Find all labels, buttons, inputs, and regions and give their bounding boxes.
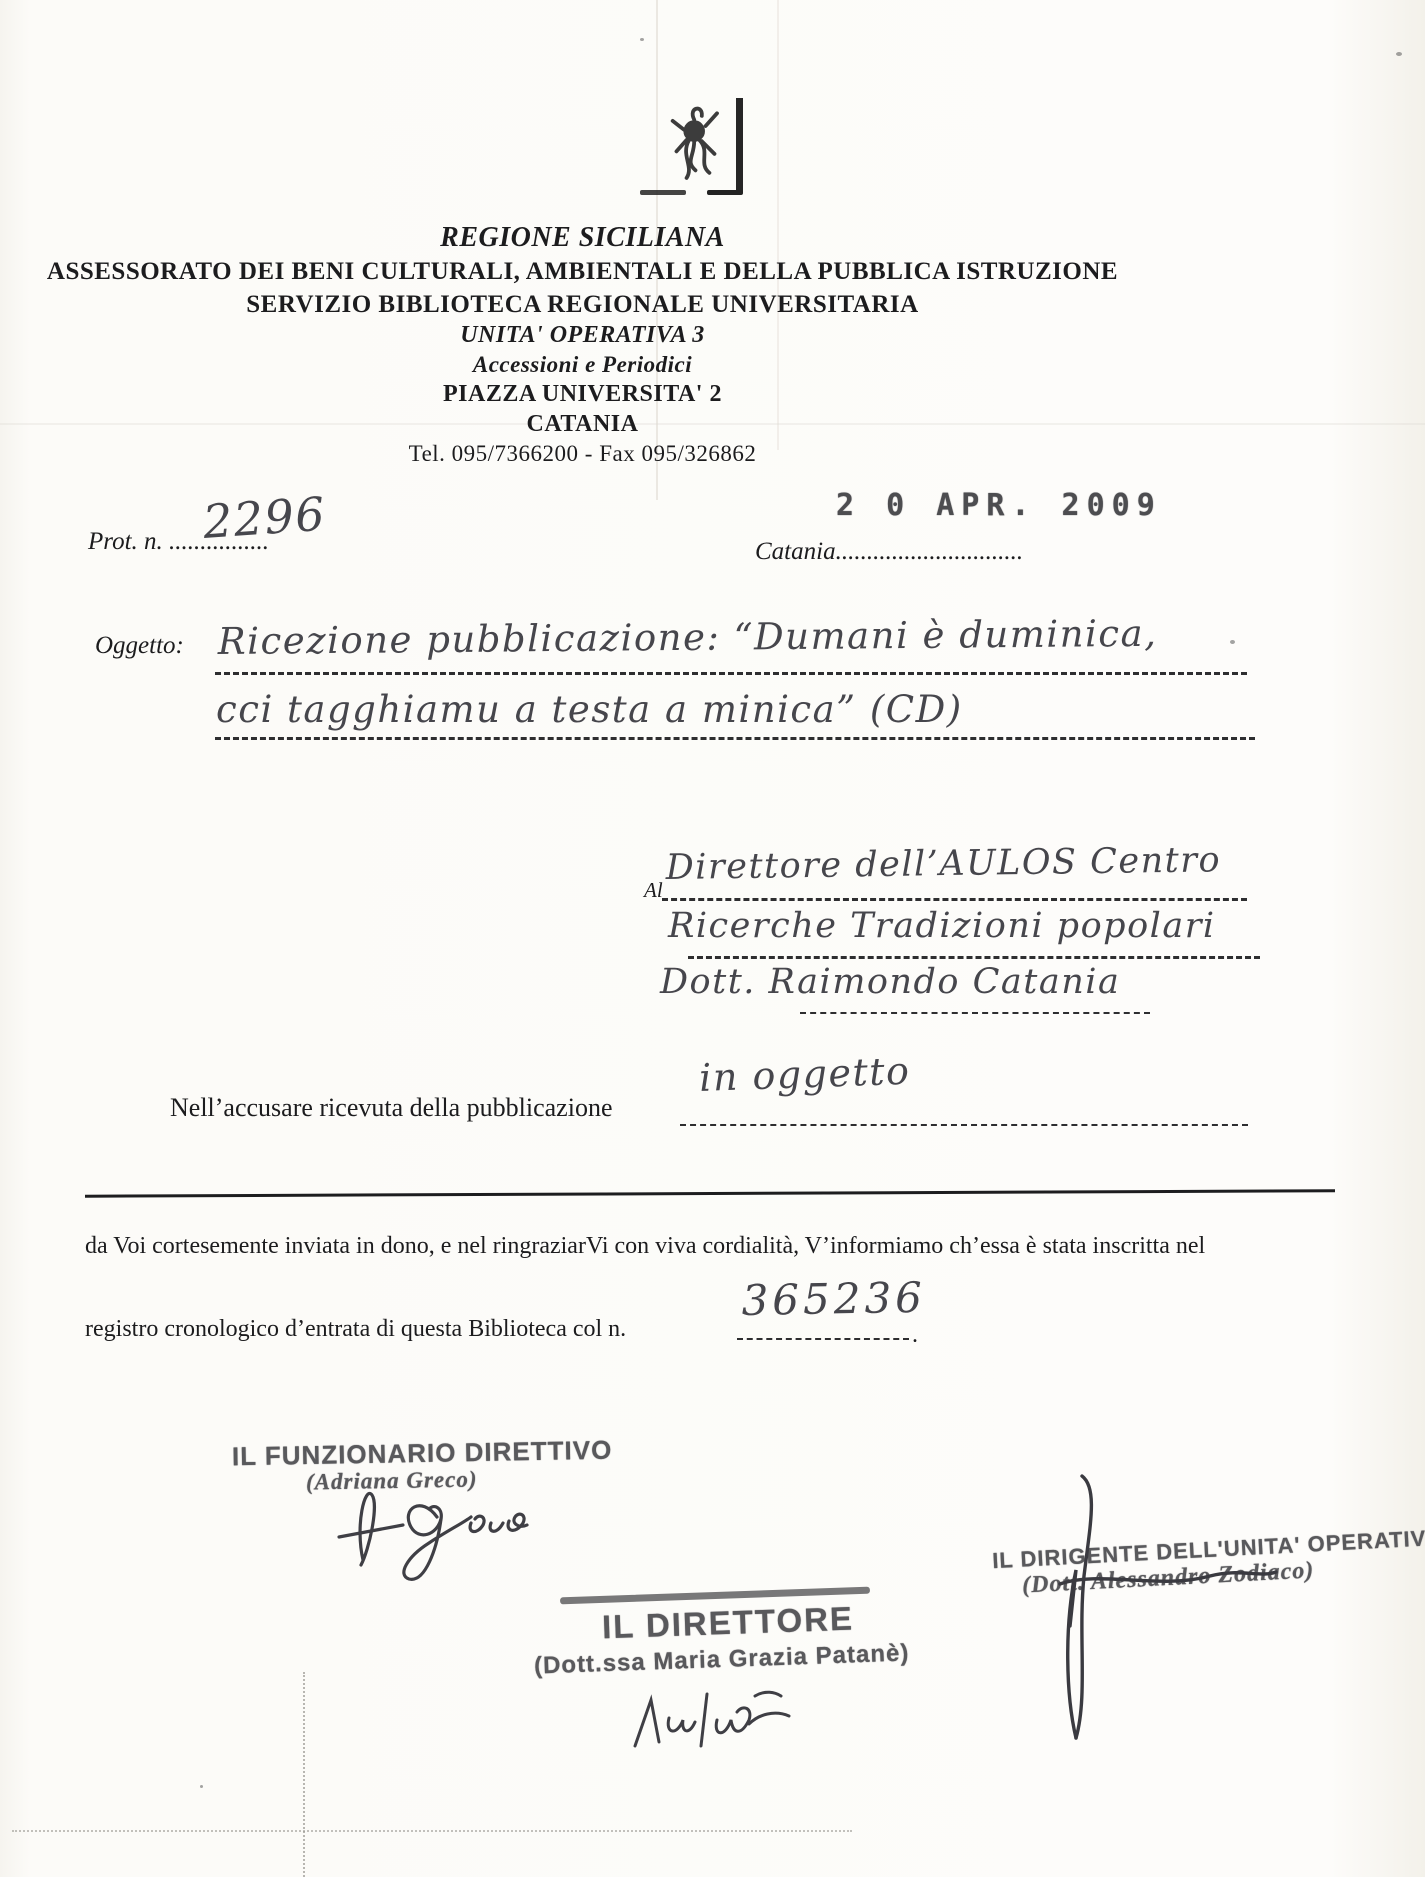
- direttore-stamp-name: (Dott.ssa Maria Grazia Patanè): [534, 1639, 910, 1680]
- separator-rule: [85, 1189, 1335, 1197]
- acknowledgement-handwritten: in oggetto: [698, 1049, 911, 1100]
- letterhead-sezione: Accessioni e Periodici: [0, 352, 1165, 378]
- trinacria-icon: [660, 98, 736, 192]
- letterhead-indirizzo: PIAZZA UNIVERSITA' 2: [0, 381, 1165, 408]
- scan-speck: [200, 1785, 203, 1788]
- protocol-number-handwritten: 2296: [201, 487, 328, 549]
- register-number-handwritten: 365236: [741, 1273, 926, 1325]
- letterhead-region: REGIONE SICILIANA: [0, 222, 1165, 254]
- protocol-label-text: Prot. n.: [88, 528, 163, 555]
- register-period: .: [912, 1322, 918, 1349]
- direttore-signature: [625, 1688, 805, 1758]
- body-line2: registro cronologico d’entrata di questa…: [85, 1316, 626, 1343]
- addressee-handwritten-line1: Direttore dell’AULOS Centro: [665, 840, 1221, 888]
- funzionario-signature: [325, 1465, 555, 1585]
- letterhead-citta: CATANIA: [0, 411, 1165, 438]
- subject-ruled-line-1: [215, 672, 1247, 675]
- addressee-ruled-line-3: [800, 1012, 1150, 1014]
- scanned-letter-page: REGIONE SICILIANA ASSESSORATO DEI BENI C…: [0, 0, 1425, 1877]
- place-label: Catania: [755, 538, 836, 565]
- fold-crease-dotted-horizontal: [12, 1830, 852, 1832]
- letterhead-servizio: SERVIZIO BIBLIOTECA REGIONALE UNIVERSITA…: [0, 291, 1165, 319]
- place-dots: ..............................: [836, 538, 1024, 565]
- acknowledgement-printed: Nell’accusare ricevuta della pubblicazio…: [170, 1093, 612, 1123]
- date-stamp: 2 0 APR. 2009: [836, 488, 1162, 523]
- letterhead-assessorato: ASSESSORATO DEI BENI CULTURALI, AMBIENTA…: [0, 258, 1165, 286]
- emblem-border-mark: [707, 190, 743, 195]
- fold-crease-dotted-vertical: [303, 1672, 305, 1877]
- addressee-handwritten-line3: Dott. Raimondo Catania: [660, 962, 1120, 1002]
- register-number-ruled-line: [737, 1338, 909, 1340]
- subject-handwritten-line1: Ricezione pubblicazione: “Dumani è dumin…: [218, 612, 1158, 663]
- subject-label: Oggetto:: [95, 632, 184, 660]
- letterhead-contacts: Tel. 095/7366200 - Fax 095/326862: [0, 441, 1165, 467]
- emblem-border-mark: [640, 190, 686, 195]
- dirigente-signature: [1040, 1466, 1300, 1766]
- trinacria-emblem-box: [660, 98, 743, 192]
- addressee-handwritten-line2: Ricerche Tradizioni popolari: [668, 906, 1216, 946]
- addressee-ruled-line-1: [662, 898, 1247, 901]
- direttore-stamp-title: IL DIRETTORE: [601, 1600, 854, 1647]
- acknowledgement-ruled-line: [680, 1124, 1248, 1126]
- scan-speck: [1230, 640, 1235, 644]
- addressee-label: Al: [644, 878, 663, 903]
- subject-ruled-line-2: [215, 737, 1255, 740]
- place-line: Catania..............................: [755, 538, 1023, 566]
- subject-handwritten-line2: cci tagghiamu a testa a minica” (CD): [216, 688, 963, 731]
- scan-speck: [1396, 52, 1402, 56]
- body-line1: da Voi cortesemente inviata in dono, e n…: [85, 1233, 1285, 1260]
- scan-speck: [640, 38, 644, 41]
- letterhead-unita: UNITA' OPERATIVA 3: [0, 322, 1165, 349]
- addressee-ruled-line-2: [688, 956, 1260, 959]
